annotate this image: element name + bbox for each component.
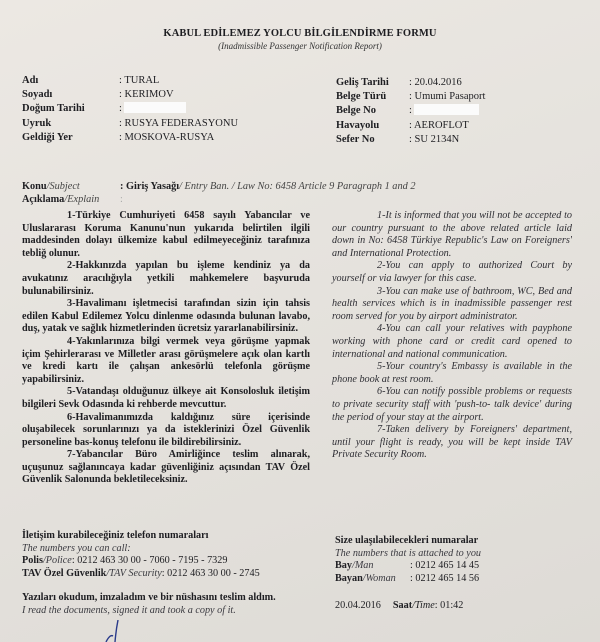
paragraph: 7-Taken delivery by Foreigners' departme… [332,424,572,462]
subject-value: : Giriş Yasağı [120,181,179,192]
stamp-time: : 01:42 [435,600,464,611]
paragraph: 4-Yakınlarınıza bilgi vermek veya görüşm… [22,336,310,386]
paragraph: 5-Vatandaşı olduğunuz ülkeye ait Konsolo… [22,386,310,411]
travel-label: Geliş Tarihi [336,76,409,90]
paragraph: 3-You can make use of bathroom, WC, Bed … [332,286,572,324]
passenger-label: Geldiği Yer [22,131,119,145]
passenger-row: Doğum Tarihi: [22,102,238,116]
contact-numbers-block: Size ulaşılabilecekleri numaralar The nu… [335,535,481,585]
notification-form: KABUL EDİLEMEZ YOLCU BİLGİLENDİRME FORMU… [0,0,600,642]
form-subtitle: (Inadmissible Passenger Notification Rep… [0,41,600,51]
explain-value: : [120,193,123,206]
travel-row: Havayolu: AEROFLOT [336,119,485,133]
passenger-value: : KERIMOV [119,88,174,102]
date-time-stamp: 20.04.2016Saat/Time: 01:42 [335,600,463,611]
travel-label: Belge Türü [336,90,409,104]
paragraph: 4-You can call your relatives with payph… [332,323,572,361]
paragraph: 5-Your country's Embassy is available in… [332,361,572,386]
travel-row: Sefer No: SU 2134N [336,133,485,147]
police-phone: Polis/Police: 0212 463 30 00 - 7060 - 71… [22,555,260,568]
man-phone: Bay/Man: 0212 465 14 45 [335,560,481,573]
passenger-label: Adı [22,74,119,88]
ack-en: I read the documents, signed it and took… [22,605,236,616]
signature-mark [100,620,130,642]
passenger-row: Adı: TURAL [22,74,238,88]
stamp-date: 20.04.2016 [335,600,381,611]
passenger-value: : RUSYA FEDERASYONU [119,117,238,131]
passenger-row: Uyruk: RUSYA FEDERASYONU [22,117,238,131]
form-title: KABUL EDİLEMEZ YOLCU BİLGİLENDİRME FORMU [0,28,600,39]
paragraph: 1-It is informed that you will not be ac… [332,210,572,260]
passenger-row: Soyadı: KERIMOV [22,88,238,102]
contact-heading: Size ulaşılabilecekleri numaralar [335,535,478,546]
passenger-value: : MOSKOVA-RUSYA [119,131,214,145]
travel-label: Sefer No [336,133,409,147]
passenger-label: Doğum Tarihi [22,102,119,116]
paragraph: 2-You can apply to authorized Court by y… [332,260,572,285]
woman-phone: Bayan/Woman: 0212 465 14 56 [335,573,481,586]
travel-value: : 20.04.2016 [409,76,462,90]
ack-tr: Yazıları okudum, imzaladım ve bir nüshas… [22,592,276,603]
subject-block: Konu/Subject : Giriş Yasağı/ Entry Ban. … [22,180,415,206]
security-phone: TAV Özel Güvenlik/TAV Security: 0212 463… [22,568,260,581]
acknowledgement: Yazıları okudum, imzaladım ve bir nüshas… [22,592,276,617]
redacted-field [414,104,479,115]
paragraph: 6-You can notify possible problems or re… [332,386,572,424]
travel-value: : [409,104,412,118]
travel-label: Belge No [336,104,409,118]
explain-label: Açıklama [22,194,64,205]
phones-subheading: The numbers you can call: [22,543,131,554]
travel-value: : Umumi Pasaport [409,90,485,104]
paragraph: 7-Yabancılar Büro Amirliğince teslim alı… [22,449,310,487]
travel-info: Geliş Tarihi: 20.04.2016Belge Türü: Umum… [336,76,485,147]
paragraph: 2-Hakkınızda yapılan bu işleme kendiniz … [22,260,310,298]
phone-numbers-block: İletişim kurabileceğiniz telefon numaral… [22,530,260,580]
paragraph: 3-Havalimanı işletmecisi tarafından sizi… [22,298,310,336]
travel-value: : SU 2134N [409,133,459,147]
explain-label-en: /Explain [64,194,99,205]
passenger-value: : [119,102,122,116]
subject-label-en: /Subject [47,181,80,192]
travel-row: Belge Türü: Umumi Pasaport [336,90,485,104]
subject-value-en: / Entry Ban. / Law No: 6458 Article 9 Pa… [179,181,415,192]
travel-row: Geliş Tarihi: 20.04.2016 [336,76,485,90]
paragraph: 1-Türkiye Cumhuriyeti 6458 sayılı Yabanc… [22,210,310,260]
contact-subheading: The numbers that is attached to you [335,548,481,559]
travel-label: Havayolu [336,119,409,133]
passenger-info: Adı: TURALSoyadı: KERIMOVDoğum Tarihi:Uy… [22,74,238,145]
passenger-value: : TURAL [119,74,159,88]
paragraph: 6-Havalimanımızda kaldığınız süre içeris… [22,412,310,450]
phones-heading: İletişim kurabileceğiniz telefon numaral… [22,530,208,541]
redacted-field [124,102,186,113]
passenger-row: Geldiği Yer: MOSKOVA-RUSYA [22,131,238,145]
subject-label: Konu [22,181,47,192]
english-explanation: 1-It is informed that you will not be ac… [332,210,572,462]
turkish-explanation: 1-Türkiye Cumhuriyeti 6458 sayılı Yabanc… [22,210,310,487]
passenger-label: Soyadı [22,88,119,102]
travel-row: Belge No: [336,104,485,118]
travel-value: : AEROFLOT [409,119,469,133]
passenger-label: Uyruk [22,117,119,131]
